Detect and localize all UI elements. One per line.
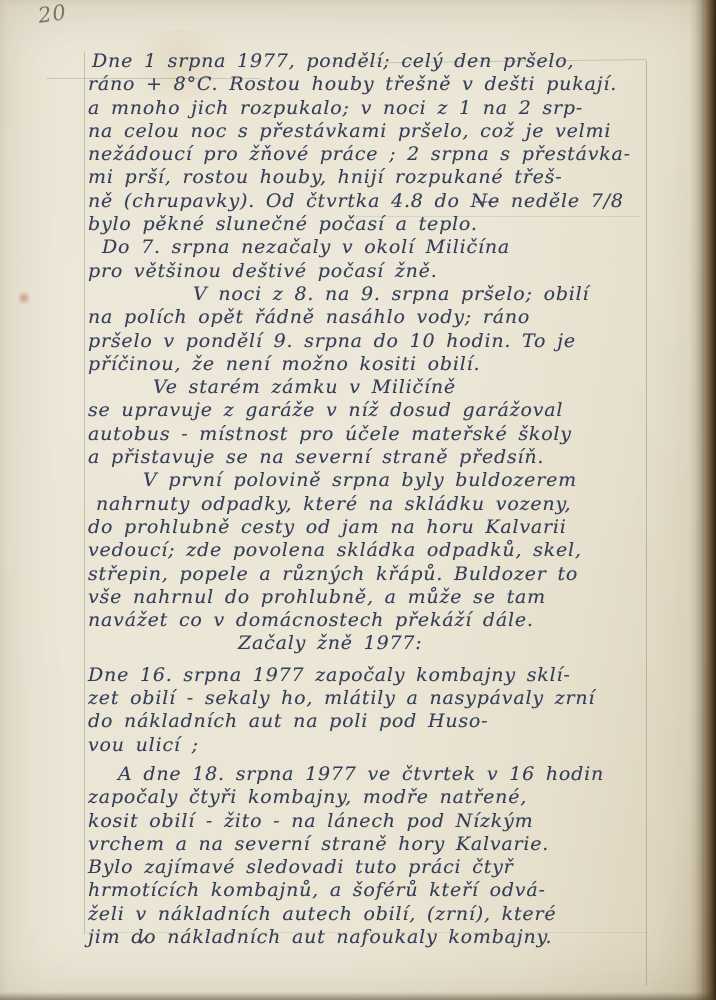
manuscript-line: a mnoho jich rozpukalo; v noci z 1 na 2 … <box>88 97 650 120</box>
manuscript-line: ně (chrupavky). Od čtvrtka 4.8 do N̶e̶ n… <box>88 190 650 213</box>
manuscript-line: na celou noc s přestávkami pršelo, což j… <box>88 120 650 143</box>
pencil-margin-line-left <box>84 52 85 934</box>
manuscript-line: do prohlubně cesty od jam na horu Kalvar… <box>88 516 650 539</box>
manuscript-line: vrchem a na severní straně hory Kalvarie… <box>88 833 650 856</box>
manuscript-line: V noci z 8. na 9. srpna pršelo; obilí <box>88 283 650 306</box>
checkmark-icon: ✓ <box>135 929 151 950</box>
manuscript-line: pro většinou deštivé počasí žně. <box>88 260 650 283</box>
paper-stain <box>16 292 32 304</box>
manuscript-line: na polích opět řádně nasáhlo vody; ráno <box>88 306 650 329</box>
manuscript-line: jim do nákladních aut nafoukaly kombajny… <box>88 926 650 949</box>
manuscript-line: nežádoucí pro žňové práce ; 2 srpna s př… <box>88 143 650 166</box>
manuscript-line: do nákladních aut na poli pod Huso- <box>88 710 650 733</box>
manuscript-line: hrmotících kombajnů, a šoférů kteří odvá… <box>88 879 650 902</box>
manuscript-line: Začaly žně 1977: <box>88 632 650 655</box>
manuscript-line: želi v nákladních autech obilí, (zrní), … <box>88 903 650 926</box>
manuscript-line: V první polovině srpna byly buldozerem <box>88 469 650 492</box>
manuscript-line: Dne 1 srpna 1977, pondělí; celý den prše… <box>88 50 650 73</box>
manuscript-line: vedoucí; zde povolena skládka odpadků, s… <box>88 539 650 562</box>
manuscript-line: zet obilí - sekaly ho, mlátily a nasypáv… <box>88 687 650 710</box>
manuscript-line: a přistavuje se na severní straně předsí… <box>88 446 650 469</box>
manuscript-line: kosit obilí - žito - na lánech pod Nízký… <box>88 810 650 833</box>
page-number: 20 <box>36 0 68 28</box>
page-edge-shadow-right <box>690 0 716 1000</box>
manuscript-line: Ve starém zámku v Miličíně <box>88 376 650 399</box>
manuscript-line: započaly čtyři kombajny, modře natřené, <box>88 786 650 809</box>
manuscript-line: Do 7. srpna nezačaly v okolí Miličína <box>88 236 650 259</box>
manuscript-line: vou ulicí ; <box>88 734 650 757</box>
manuscript-line: střepin, popele a různých křápů. Buldoze… <box>88 563 650 586</box>
scanned-page: 20 Dne 1 srpna 1977, pondělí; celý den p… <box>0 0 716 1000</box>
manuscript-line: autobus - místnost pro účele mateřské šk… <box>88 423 650 446</box>
manuscript-line: A dne 18. srpna 1977 ve čtvrtek v 16 hod… <box>88 763 650 786</box>
manuscript-line: vše nahrnul do prohlubně, a může se tam <box>88 586 650 609</box>
manuscript-line: Bylo zajímavé sledovadi tuto práci čtyř <box>88 856 650 879</box>
manuscript-line: navážet co v domácnostech překáží dále. <box>88 609 650 632</box>
page-edge-shadow-bottom <box>0 992 716 1000</box>
manuscript-line: mi prší, rostou houby, hnijí rozpukané t… <box>88 166 650 189</box>
manuscript-line: ráno + 8°C. Rostou houby třešně v dešti … <box>88 73 650 96</box>
paper-crease <box>694 0 704 1000</box>
manuscript-line: se upravuje z garáže v níž dosud garážov… <box>88 399 650 422</box>
manuscript-line: pršelo v pondělí 9. srpna do 10 hodin. T… <box>88 330 650 353</box>
manuscript-line: Dne 16. srpna 1977 započaly kombajny skl… <box>88 664 650 687</box>
manuscript-text: Dne 1 srpna 1977, pondělí; celý den prše… <box>88 50 650 949</box>
manuscript-line: příčinou, že není možno kositi obilí. <box>88 353 650 376</box>
manuscript-line: bylo pěkné slunečné počasí a teplo. <box>88 213 650 236</box>
manuscript-line: nahrnuty odpadky, které na skládku vozen… <box>88 493 650 516</box>
